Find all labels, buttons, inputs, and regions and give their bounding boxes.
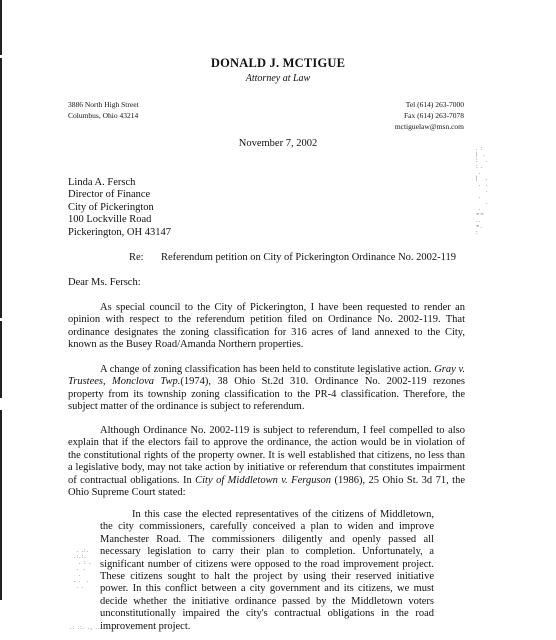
- recipient-block: Linda A. Fersch Director of Finance City…: [68, 177, 171, 239]
- salutation: Dear Ms. Fersch:: [68, 277, 141, 288]
- email: mctiguelaw@msn.com: [395, 121, 464, 132]
- paragraph-1-text: As special council to the City of Picker…: [68, 302, 465, 350]
- scan-noise: . .:. .:.:. . : . . . . . . . . .: [74, 548, 92, 590]
- telephone: Tel (614) 263-7000: [395, 99, 464, 110]
- scan-edge-gap: [0, 398, 2, 410]
- paragraph-3: Although Ordinance No. 2002-119 is subje…: [68, 425, 465, 499]
- address-line-1: 3886 North High Street: [68, 99, 139, 110]
- paragraph-2: A change of zoning classification has be…: [68, 364, 465, 414]
- block-quote-text: In this case the elected representatives…: [100, 509, 434, 632]
- letter-date: November 7, 2002: [0, 138, 556, 149]
- letterhead-name: DONALD J. MCTIGUE: [0, 56, 556, 71]
- letterhead-contact: Tel (614) 263-7000 Fax (614) 263-7078 mc…: [395, 99, 464, 132]
- address-line-2: Columbus, Ohio 43214: [68, 110, 139, 121]
- scan-edge-gap: [0, 318, 2, 321]
- block-quote: In this case the elected representatives…: [100, 509, 434, 633]
- re-label: Re:: [129, 252, 144, 263]
- fax: Fax (614) 263-7078: [395, 110, 464, 121]
- scan-edge-border: [0, 0, 2, 600]
- recipient-city: Pickerington, OH 43147: [68, 227, 171, 239]
- paragraph-1: As special council to the City of Picker…: [68, 302, 465, 352]
- letterhead-title: Attorney at Law: [0, 73, 556, 84]
- scan-noise: .: .:. ., ..:.: ..: .:..: .: [70, 625, 141, 631]
- paragraph-3-citation: City of Middletown v. Ferguson: [195, 475, 331, 486]
- recipient-organization: City of Pickerington: [68, 202, 171, 214]
- recipient-name: Linda A. Fersch: [68, 177, 171, 189]
- re-subject: Referendum petition on City of Pickering…: [161, 252, 456, 263]
- paragraph-2-text-pre: A change of zoning classification has be…: [100, 364, 434, 375]
- recipient-street: 100 Lockville Road: [68, 214, 171, 226]
- recipient-position: Director of Finance: [68, 189, 171, 201]
- scan-noise: . : | . : . : . . | . . . . . . . == .. …: [476, 146, 489, 236]
- letterhead-address: 3886 North High Street Columbus, Ohio 43…: [68, 99, 139, 121]
